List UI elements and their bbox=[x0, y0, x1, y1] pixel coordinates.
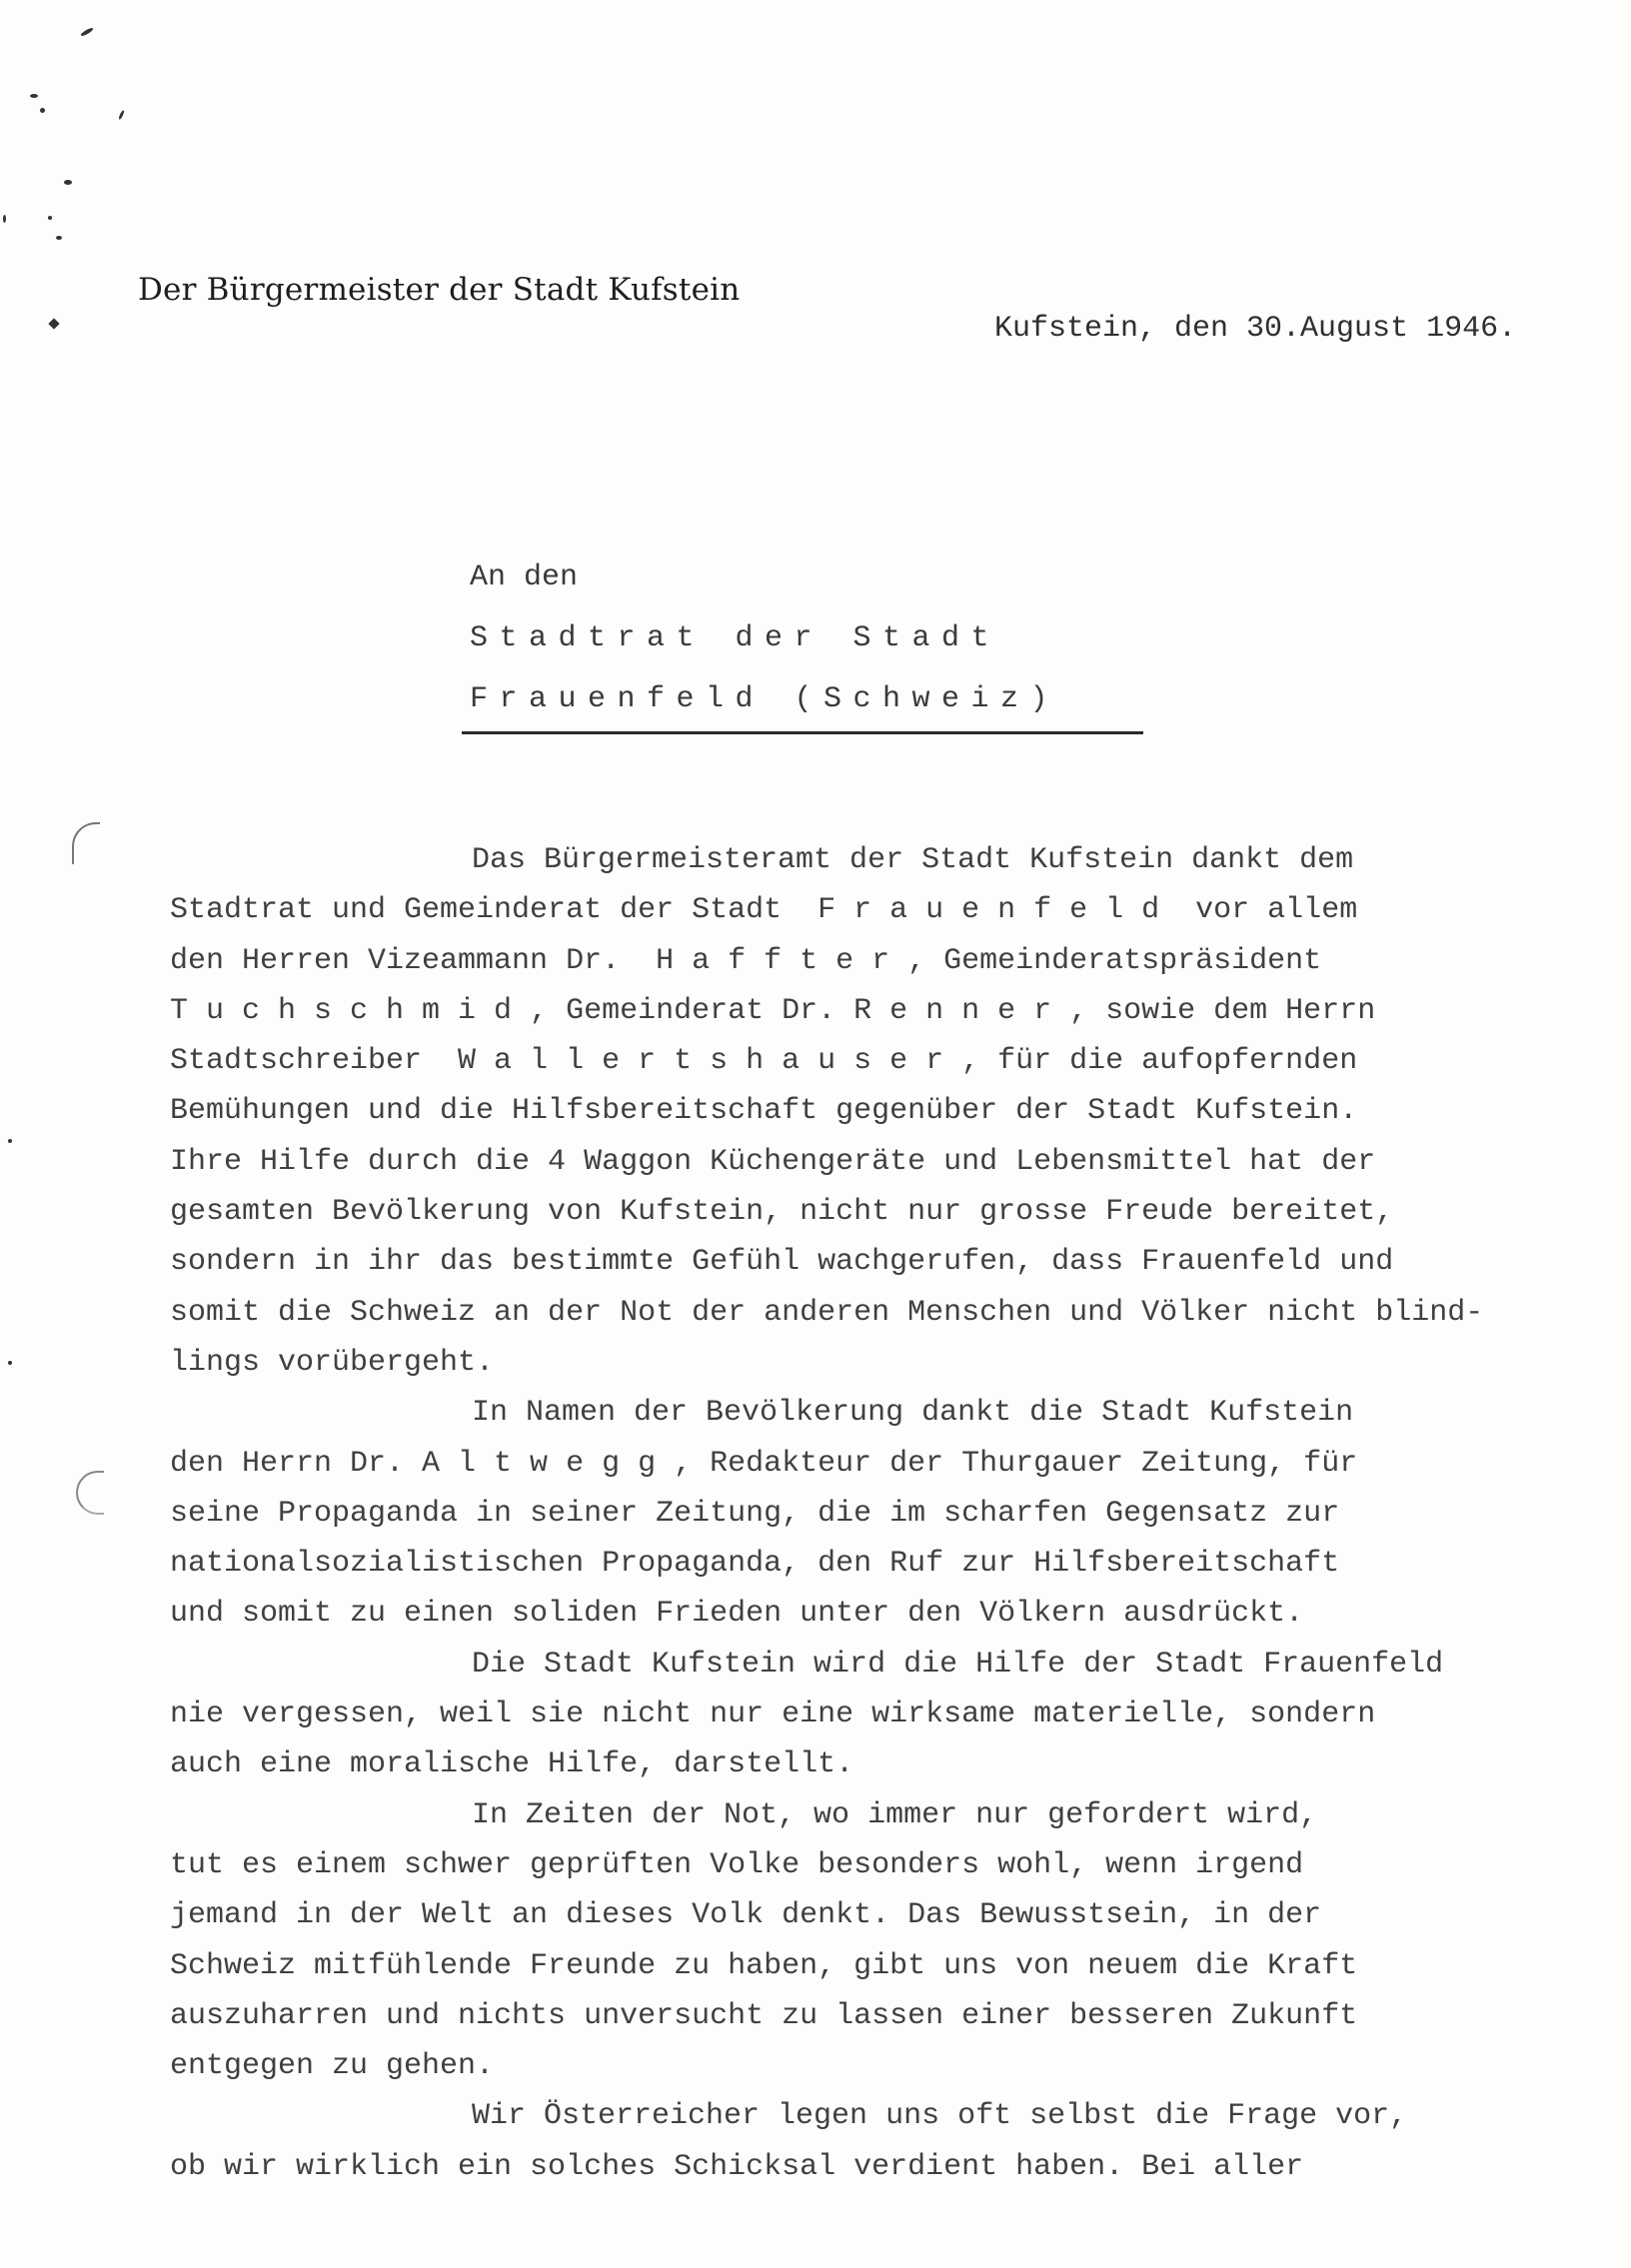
body-line: Bemühungen und die Hilfsbereitschaft geg… bbox=[170, 1086, 1609, 1136]
body-line: sondern in ihr das bestimmte Gefühl wach… bbox=[170, 1237, 1609, 1287]
letter-body: Das Bürgermeisteramt der Stadt Kufstein … bbox=[170, 835, 1609, 2192]
body-line: gesamten Bevölkerung von Kufstein, nicht… bbox=[170, 1187, 1609, 1237]
body-line: jemand in der Welt an dieses Volk denkt.… bbox=[170, 1890, 1609, 1940]
scan-speck bbox=[80, 27, 94, 37]
date-line: Kufstein, den 30.August 1946. bbox=[994, 312, 1516, 346]
body-line: tut es einem schwer geprüften Volke beso… bbox=[170, 1840, 1609, 1890]
body-line: ob wir wirklich ein solches Schicksal ve… bbox=[170, 2142, 1609, 2192]
letterhead: Der Bürgermeister der Stadt Kufstein bbox=[138, 272, 740, 308]
body-line: Das Bürgermeisteramt der Stadt Kufstein … bbox=[170, 835, 1609, 885]
margin-bracket-mark bbox=[76, 1471, 104, 1515]
scan-speck bbox=[56, 236, 62, 240]
scan-speck bbox=[8, 1139, 12, 1143]
recipient-line-3: Frauenfeld (Schweiz) bbox=[470, 669, 1059, 730]
body-line: Stadtschreiber W a l l e r t s h a u s e… bbox=[170, 1036, 1609, 1086]
body-line: auszuharren und nichts unversucht zu las… bbox=[170, 1991, 1609, 2041]
scan-speck bbox=[40, 108, 45, 113]
body-line: somit die Schweiz an der Not der anderen… bbox=[170, 1288, 1609, 1338]
body-line: In Namen der Bevölkerung dankt die Stadt… bbox=[170, 1388, 1609, 1438]
scan-speck bbox=[8, 1361, 12, 1365]
body-line: Ihre Hilfe durch die 4 Waggon Küchengerä… bbox=[170, 1137, 1609, 1187]
body-line: Stadtrat und Gemeinderat der Stadt F r a… bbox=[170, 885, 1609, 935]
scan-speck bbox=[48, 318, 59, 329]
scan-speck bbox=[3, 215, 6, 223]
margin-bracket-mark bbox=[72, 822, 100, 864]
recipient-line-1: An den bbox=[470, 548, 1059, 608]
body-line: auch eine moralische Hilfe, darstellt. bbox=[170, 1739, 1609, 1789]
body-line: nie vergessen, weil sie nicht nur eine w… bbox=[170, 1690, 1609, 1739]
recipient-line-2: Stadtrat der Stadt bbox=[470, 608, 1059, 669]
scan-speck bbox=[30, 94, 38, 98]
body-line: entgegen zu gehen. bbox=[170, 2041, 1609, 2091]
body-line: nationalsozialistischen Propaganda, den … bbox=[170, 1539, 1609, 1589]
body-line: seine Propaganda in seiner Zeitung, die … bbox=[170, 1489, 1609, 1539]
scan-speck bbox=[64, 180, 72, 185]
letter-page: Der Bürgermeister der Stadt Kufstein Kuf… bbox=[0, 0, 1631, 2268]
body-line: Die Stadt Kufstein wird die Hilfe der St… bbox=[170, 1640, 1609, 1690]
scan-speck bbox=[48, 216, 52, 220]
recipient-underline bbox=[462, 731, 1143, 734]
body-line: Wir Österreicher legen uns oft selbst di… bbox=[170, 2091, 1609, 2141]
body-line: T u c h s c h m i d , Gemeinderat Dr. R … bbox=[170, 986, 1609, 1036]
body-line: den Herren Vizeammann Dr. H a f f t e r … bbox=[170, 936, 1609, 986]
body-line: den Herrn Dr. A l t w e g g , Redakteur … bbox=[170, 1439, 1609, 1489]
scan-speck bbox=[118, 110, 125, 120]
body-line: Schweiz mitfühlende Freunde zu haben, gi… bbox=[170, 1941, 1609, 1991]
body-line: lings vorübergeht. bbox=[170, 1338, 1609, 1388]
recipient-address: An den Stadtrat der Stadt Frauenfeld (Sc… bbox=[470, 548, 1059, 730]
body-line: und somit zu einen soliden Frieden unter… bbox=[170, 1589, 1609, 1639]
body-line: In Zeiten der Not, wo immer nur geforder… bbox=[170, 1790, 1609, 1840]
